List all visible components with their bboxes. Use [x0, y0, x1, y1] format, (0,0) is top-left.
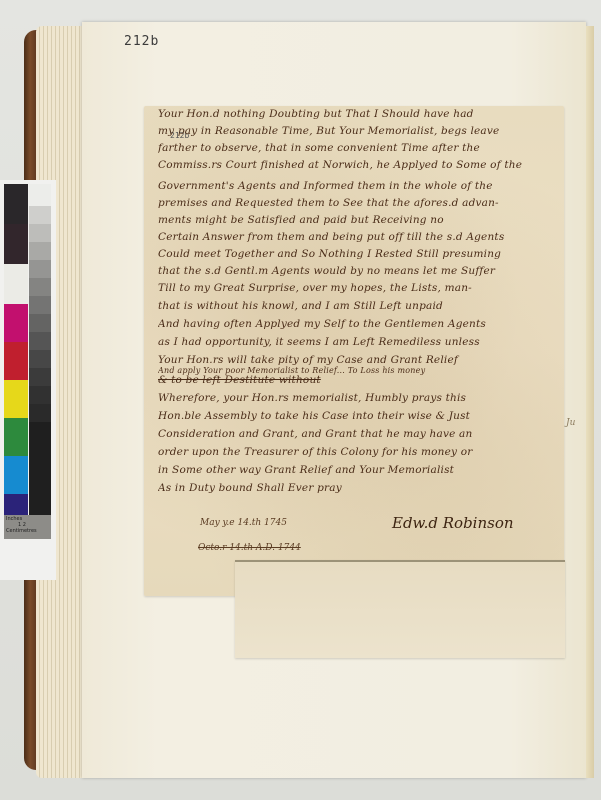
gray-step: [29, 224, 51, 242]
page-right-edge: [586, 26, 594, 778]
manuscript-line: that is without his knowl, and I am Stil…: [158, 300, 553, 312]
swatch-dark-brown: [4, 224, 28, 264]
manuscript-line: Consideration and Grant, and Grant that …: [158, 428, 553, 440]
gray-step: [29, 368, 51, 386]
manuscript-line: As in Duty bound Shall Ever pray: [158, 482, 553, 494]
manuscript-line: as I had opportunity, it seems I am Left…: [158, 336, 553, 348]
scale-label-centimetres: Centimetres: [6, 528, 49, 534]
manuscript-line: in Some other way Grant Relief and Your …: [158, 464, 553, 476]
manuscript-line: Hon.ble Assembly to take his Case into t…: [158, 410, 553, 422]
manuscript-line: Certain Answer from them and being put o…: [158, 231, 553, 243]
gray-step: [29, 350, 51, 368]
swatch-red: [4, 342, 28, 380]
manuscript-line: ments might be Satisfied and paid but Re…: [158, 214, 553, 226]
gray-step: [29, 260, 51, 278]
swatch-yellow: [4, 380, 28, 418]
letter-date: May y.e 14.th 1745: [200, 518, 287, 528]
swatch-green: [4, 418, 28, 456]
manuscript-line: my pay in Reasonable Time, But Your Memo…: [158, 125, 553, 137]
swatch-cyan-blue: [4, 456, 28, 494]
attached-lower-sheet: [235, 560, 565, 658]
gray-step: [29, 242, 51, 260]
struck-date: Octo.r 14.th A.D. 1744: [198, 543, 301, 553]
manuscript-line: Wherefore, your Hon.rs memorialist, Humb…: [158, 392, 553, 404]
swatch-magenta: [4, 304, 28, 342]
manuscript-line: Your Hon.rs will take pity of my Case an…: [158, 354, 553, 366]
gray-step: [29, 386, 51, 404]
manuscript-line: Till to my Great Surprise, over my hopes…: [158, 282, 553, 294]
swatch-white: [4, 264, 28, 304]
gray-step: [29, 296, 51, 314]
manuscript-struck-line: & to be left Destitute without: [158, 374, 553, 386]
gray-step: [29, 184, 51, 206]
margin-bleed-text: Ju: [566, 418, 575, 428]
gray-step: [29, 206, 51, 224]
gray-step: [29, 314, 51, 332]
manuscript-line: Could meet Together and So Nothing I Res…: [158, 248, 553, 260]
manuscript-line: that the s.d Gentl.m Agents would by no …: [158, 265, 553, 277]
page-number: 212b: [124, 34, 159, 49]
manuscript-line: Commiss.rs Court finished at Norwich, he…: [158, 159, 553, 171]
measurement-scale: Inches 1 2 Centimetres: [4, 515, 51, 539]
manuscript-line: farther to observe, that in some conveni…: [158, 142, 553, 154]
manuscript-line: order upon the Treasurer of this Colony …: [158, 446, 553, 458]
swatch-black: [4, 184, 28, 224]
manuscript-line: Your Hon.d nothing Doubting but That I S…: [158, 108, 553, 120]
manuscript-line: And having often Applyed my Self to the …: [158, 318, 553, 330]
gray-step: [29, 332, 51, 350]
manuscript-line: Government's Agents and Informed them in…: [158, 180, 553, 192]
gray-step: [29, 404, 51, 422]
manuscript-line: premises and Requested them to See that …: [158, 197, 553, 209]
signature: Edw.d Robinson: [392, 514, 514, 532]
gray-step: [29, 278, 51, 296]
